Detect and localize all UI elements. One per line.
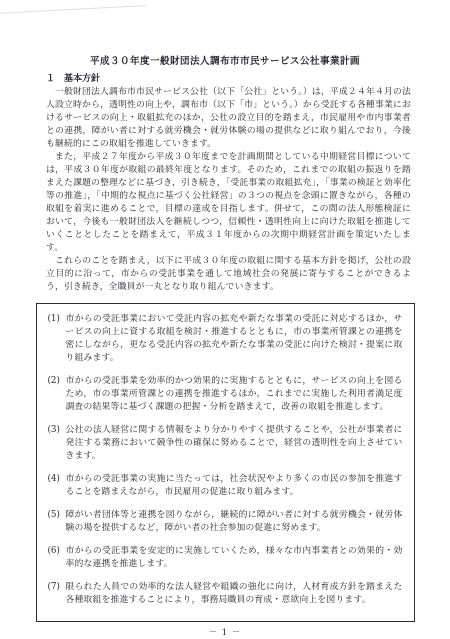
policy-item-number: (6) xyxy=(48,545,66,558)
policy-item-text: 障がい者団体等と連携を図りながら，継続的に障がい者に対する就労機会・就労体験の場… xyxy=(66,509,403,535)
paragraph: これらのことを踏まえ，以下に平成３０年度の取組に関する基本方針を掲げ，公社の設立… xyxy=(46,255,411,294)
section-number: １ xyxy=(46,74,55,84)
body-text-block: 一般財団法人調布市市民サービス公社（以下「公社」という。）は，平成２４年４月の法… xyxy=(46,86,411,294)
policy-item-number: (1) xyxy=(48,313,66,326)
section-heading: １基本方針 xyxy=(46,71,410,84)
policy-item: (3) 公社の法人経営に関する情報をより分かりやすく提供することや，公社が事業者… xyxy=(48,424,403,463)
policy-item: (7) 限られた人員での効率的な法人経営や組織の強化に向け，人材育成方針を踏まえ… xyxy=(48,581,403,607)
paragraph: また，平成２７年度から平成３０年度までを計画期間としている中期経営目標については… xyxy=(46,151,411,255)
policy-item: (5) 障がい者団体等と連携を図りながら，継続的に障がい者に対する就労機会・就労… xyxy=(48,509,403,535)
policy-item: (2) 市からの受託事業を効率的かつ効果的に実施するとともに，サービスの向上を図… xyxy=(48,375,403,414)
policy-item-text: 市からの受託事業を安定的に実施していくため，様々な市内事業者との効果的・効率的な… xyxy=(66,545,403,571)
paragraph: 一般財団法人調布市市民サービス公社（以下「公社」という。）は，平成２４年４月の法… xyxy=(46,86,411,151)
policy-item-number: (2) xyxy=(48,375,66,388)
policy-item-number: (7) xyxy=(48,581,66,594)
policy-item-number: (4) xyxy=(48,473,66,486)
policy-item-number: (5) xyxy=(48,509,66,522)
policy-box: (1) 市からの受託事業において受託内容の拡充や新たな事業の受託に対応するほか，… xyxy=(36,303,415,622)
page-number: － 1 － xyxy=(0,626,450,638)
policy-item-number: (3) xyxy=(48,424,66,437)
policy-item: (4) 市からの受託事業の実施に当たっては，社会状況やより多くの市民の参加を推進… xyxy=(48,473,403,499)
policy-item: (1) 市からの受託事業において受託内容の拡充や新たな事業の受託に対応するほか，… xyxy=(48,313,403,365)
policy-item-text: 市からの受託事業の実施に当たっては，社会状況やより多くの市民の参加を推進すること… xyxy=(66,473,403,499)
policy-item: (6) 市からの受託事業を安定的に実施していくため，様々な市内事業者との効果的・… xyxy=(48,545,403,571)
document-page: 平成３０年度一般財団法人調布市市民サービス公社事業計画 １基本方針 一般財団法人… xyxy=(0,0,450,639)
section-heading-label: 基本方針 xyxy=(64,74,100,84)
policy-item-text: 市からの受託事業を効率的かつ効果的に実施するとともに，サービスの向上を図るため，… xyxy=(66,375,403,414)
policy-item-text: 限られた人員での効率的な法人経営や組織の強化に向け，人材育成方針を踏まえた各種取… xyxy=(66,581,403,607)
policy-item-text: 公社の法人経営に関する情報をより分かりやすく提供することや，公社が事業者に発注す… xyxy=(66,424,403,463)
policy-item-text: 市からの受託事業において受託内容の拡充や新たな事業の受託に対応するほか，サービス… xyxy=(66,313,403,365)
